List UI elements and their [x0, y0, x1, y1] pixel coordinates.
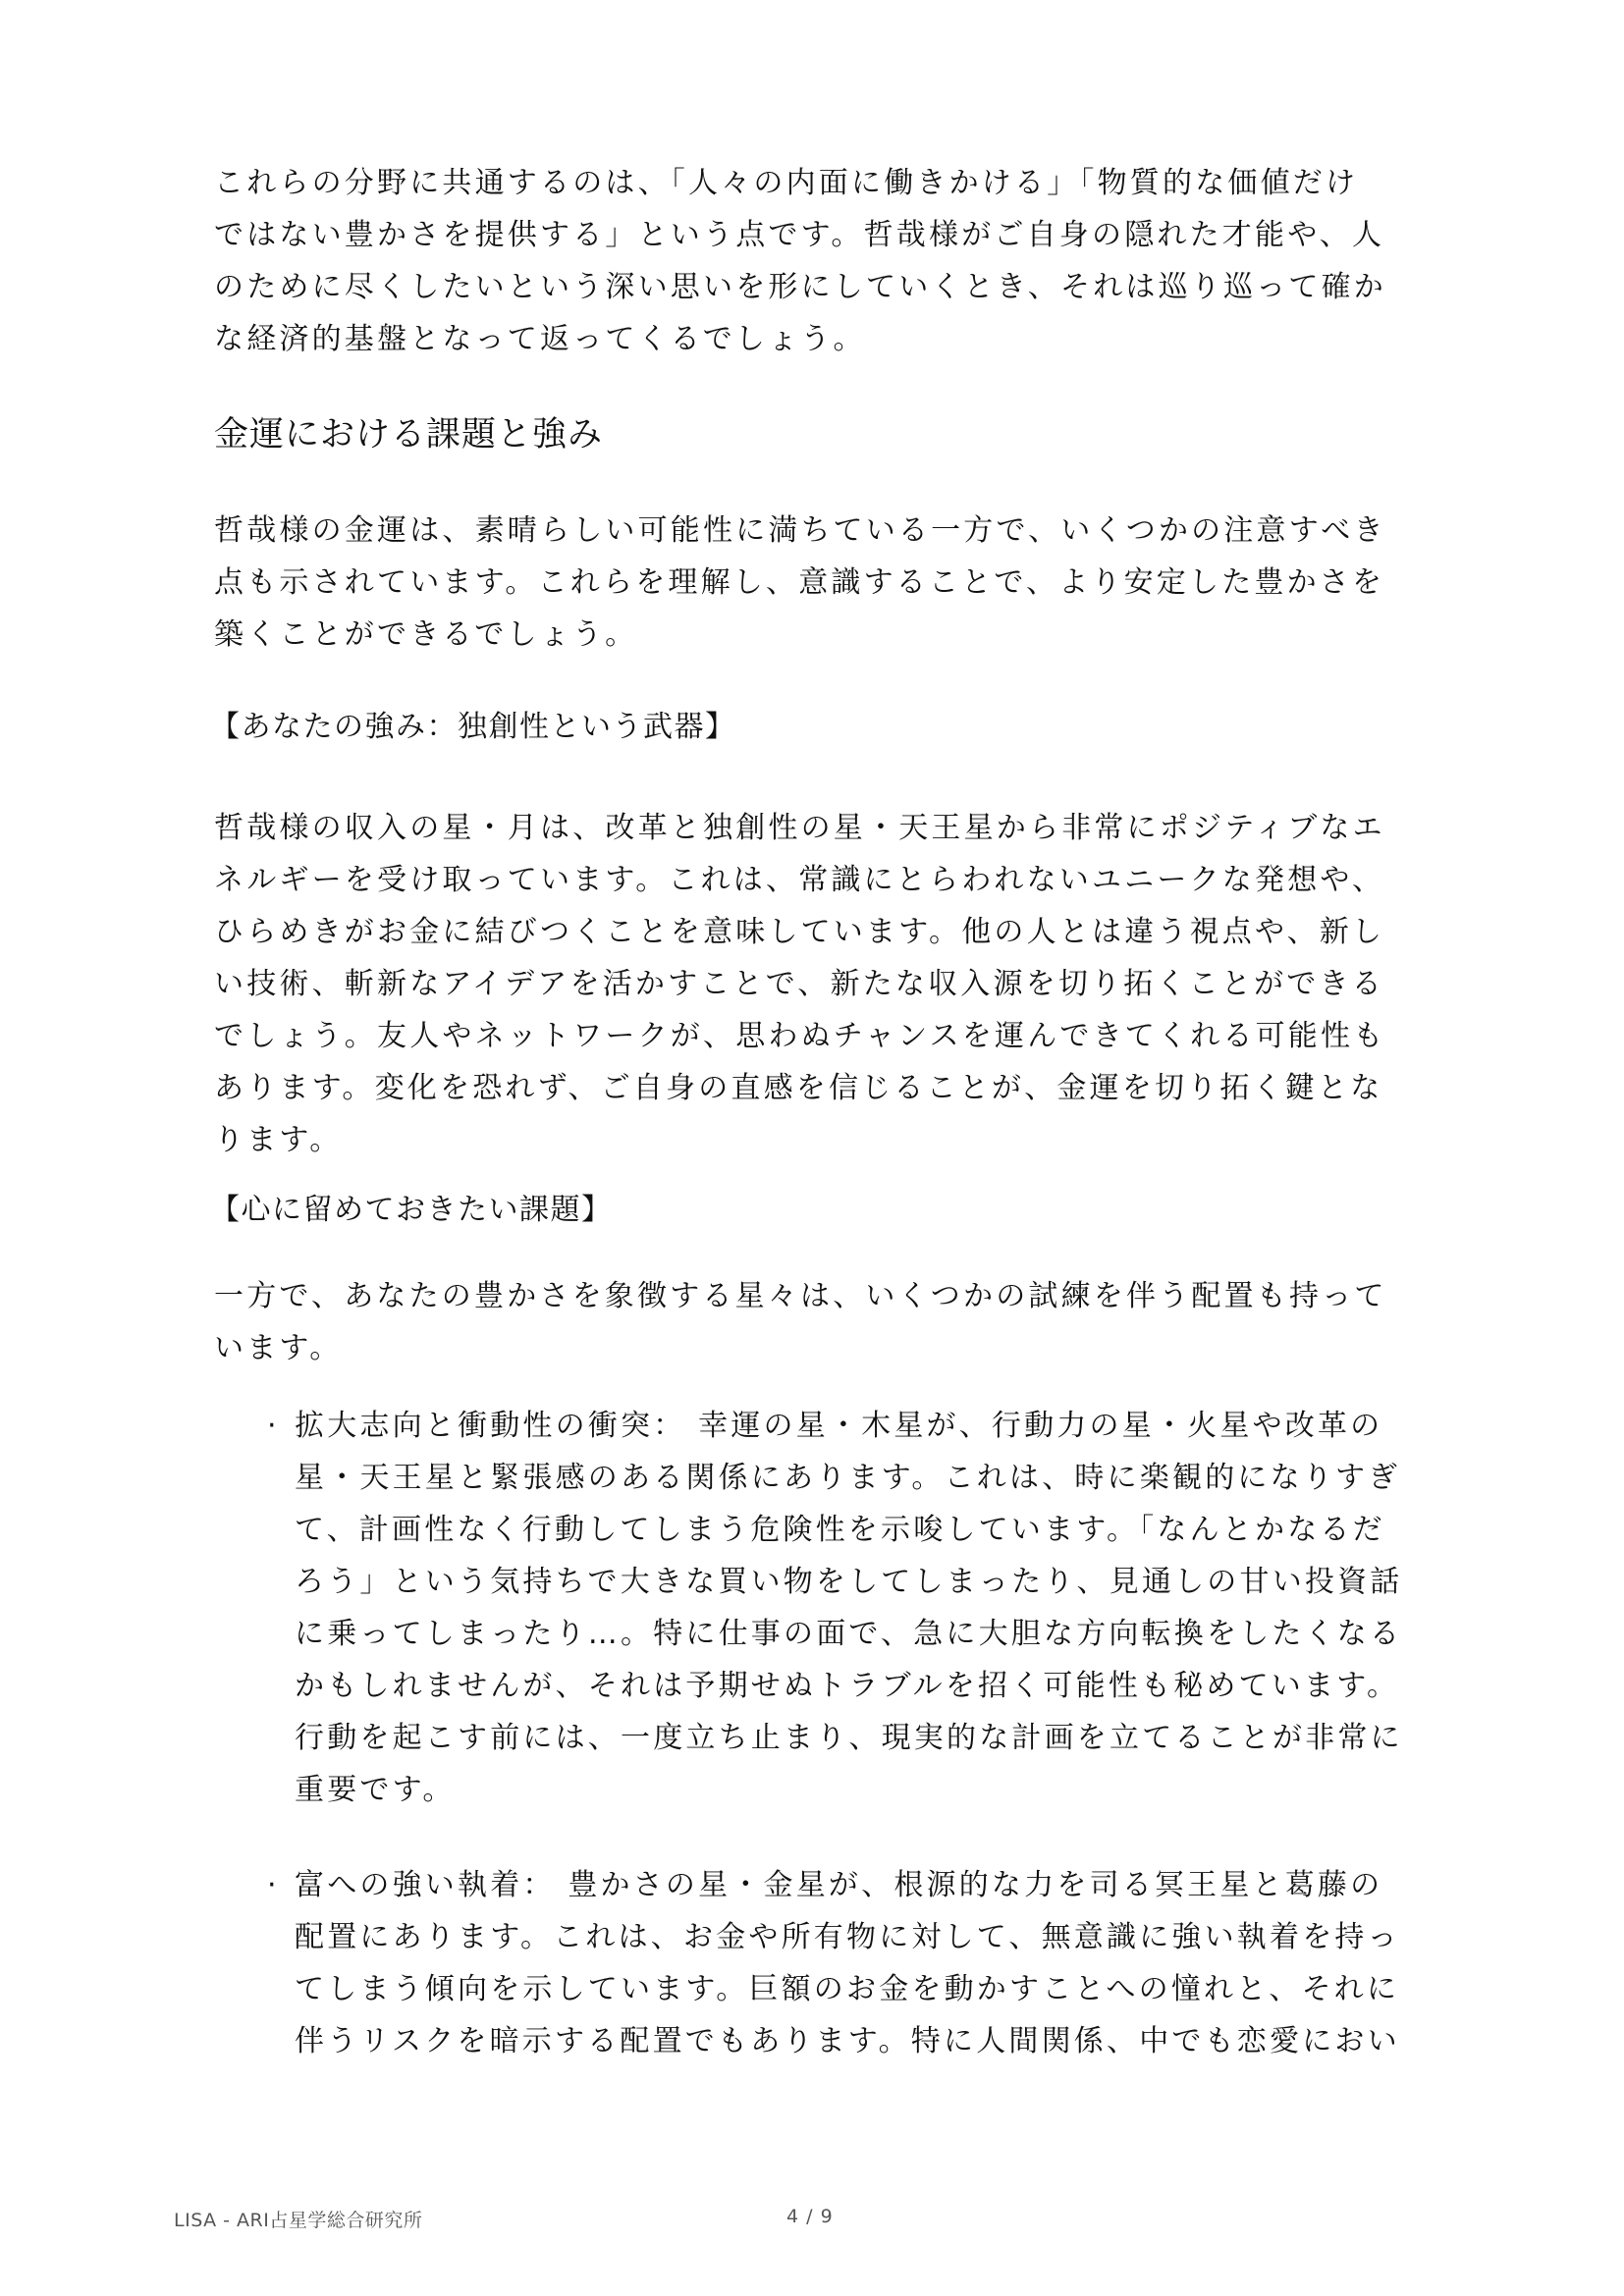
challenge-item-text: 富への強い執着： 豊かさの星・金星が、根源的な力を司る冥王星と葛藤の 配置にあり… — [295, 1859, 1412, 2067]
text-line: てしまう傾向を示しています。巨額のお金を動かすことへの憧れと、それに — [295, 1963, 1412, 2015]
text-line: 星・天王星と緊張感のある関係にあります。これは、時に楽観的になりすぎ — [295, 1452, 1412, 1504]
text-line: い技術、斬新なアイデアを活かすことで、新たな収入源を切り拓くことができる — [214, 958, 1385, 1010]
text-line: でしょう。友人やネットワークが、思わぬチャンスを運んできてくれる可能性も — [214, 1010, 1385, 1062]
text-line: 富への強い執着： 豊かさの星・金星が、根源的な力を司る冥王星と葛藤の — [295, 1859, 1412, 1911]
text-line: 点も示されています。これらを理解し、意識することで、より安定した豊かさを — [214, 557, 1386, 609]
text-line: ります。 — [214, 1114, 1385, 1166]
challenge-item-impulsiveness: · 拡大志向と衝動性の衝突： 幸運の星・木星が、行動力の星・火星や改革の 星・天… — [214, 1400, 1412, 1816]
text-line: あります。変化を恐れず、ご自身の直感を信じることが、金運を切り拓く鍵とな — [214, 1062, 1385, 1114]
bullet-icon: · — [267, 1859, 277, 1911]
page-footer: LISA - ARI占星学総合研究所 4 / 9 — [174, 2206, 1450, 2235]
page-number: 4 / 9 — [786, 2206, 834, 2227]
text-line: のために尽くしたいという深い思いを形にしていくとき、それは巡り巡って確か — [214, 261, 1386, 313]
text-line: 哲哉様の金運は、素晴らしい可能性に満ちている一方で、いくつかの注意すべき — [214, 505, 1386, 557]
challenge-heading: 【心に留めておきたい課題】 — [210, 1184, 613, 1236]
footer-organization: LISA - ARI占星学総合研究所 — [174, 2206, 422, 2232]
challenge-item-text: 拡大志向と衝動性の衝突： 幸運の星・木星が、行動力の星・火星や改革の 星・天王星… — [295, 1400, 1412, 1816]
strength-paragraph: 哲哉様の収入の星・月は、改革と独創性の星・天王星から非常にポジティブなエ ネルギ… — [214, 802, 1385, 1166]
text-line: な経済的基盤となって返ってくるでしょう。 — [214, 313, 1386, 365]
intro-paragraph: これらの分野に共通するのは、「人々の内面に働きかける」「物質的な価値だけ ではな… — [214, 157, 1386, 365]
bullet-icon: · — [267, 1400, 277, 1452]
text-line: 重要です。 — [295, 1764, 1412, 1816]
challenge-item-wealth-attachment: · 富への強い執着： 豊かさの星・金星が、根源的な力を司る冥王星と葛藤の 配置に… — [214, 1859, 1412, 2067]
section-intro-paragraph: 哲哉様の金運は、素晴らしい可能性に満ちている一方で、いくつかの注意すべき 点も示… — [214, 505, 1386, 661]
text-line: 築くことができるでしょう。 — [214, 609, 1386, 661]
text-line: ひらめきがお金に結びつくことを意味しています。他の人とは違う視点や、新し — [214, 906, 1385, 958]
challenge-list: · 拡大志向と衝動性の衝突： 幸運の星・木星が、行動力の星・火星や改革の 星・天… — [214, 1400, 1412, 2067]
strength-heading: 【あなたの強み：独創性という武器】 — [210, 701, 736, 753]
text-line: かもしれませんが、それは予期せぬトラブルを招く可能性も秘めています。 — [295, 1660, 1412, 1712]
text-line: います。 — [214, 1322, 1387, 1374]
challenge-intro-paragraph: 一方で、あなたの豊かさを象徴する星々は、いくつかの試練を伴う配置も持って います… — [214, 1270, 1387, 1374]
text-line: 行動を起こす前には、一度立ち止まり、現実的な計画を立てることが非常に — [295, 1712, 1412, 1764]
text-line: 伴うリスクを暗示する配置でもあります。特に人間関係、中でも恋愛におい — [295, 2015, 1412, 2067]
text-line: 配置にあります。これは、お金や所有物に対して、無意識に強い執着を持っ — [295, 1911, 1412, 1963]
text-line: これらの分野に共通するのは、「人々の内面に働きかける」「物質的な価値だけ — [214, 157, 1386, 209]
text-line: 拡大志向と衝動性の衝突： 幸運の星・木星が、行動力の星・火星や改革の — [295, 1400, 1412, 1452]
text-line: 哲哉様の収入の星・月は、改革と独創性の星・天王星から非常にポジティブなエ — [214, 802, 1385, 854]
text-line: 一方で、あなたの豊かさを象徴する星々は、いくつかの試練を伴う配置も持って — [214, 1270, 1387, 1322]
text-line: ネルギーを受け取っています。これは、常識にとらわれないユニークな発想や、 — [214, 854, 1385, 906]
text-line: ではない豊かさを提供する」という点です。哲哉様がご自身の隠れた才能や、人 — [214, 209, 1386, 261]
section-heading: 金運における課題と強み — [214, 410, 603, 459]
text-line: ろう」という気持ちで大きな買い物をしてしまったり、見通しの甘い投資話 — [295, 1556, 1412, 1608]
text-line: に乗ってしまったり…。特に仕事の面で、急に大胆な方向転換をしたくなる — [295, 1608, 1412, 1660]
text-line: て、計画性なく行動してしまう危険性を示唆しています。「なんとかなるだ — [295, 1504, 1412, 1556]
